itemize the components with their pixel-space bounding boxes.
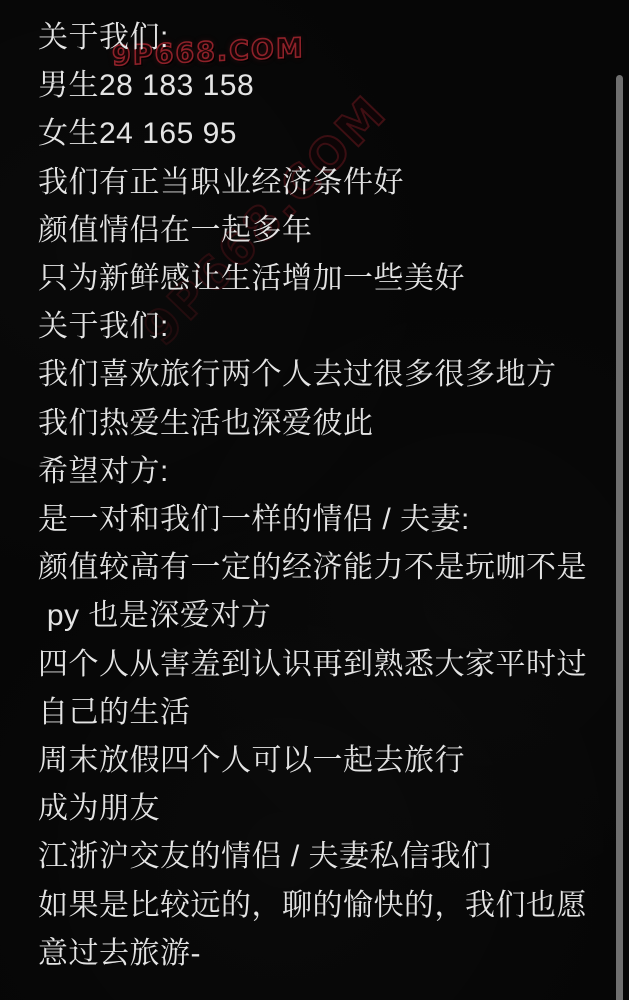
text-line: 颜值情侣在一起多年 [38, 207, 610, 255]
text-line: 关于我们: [38, 14, 610, 62]
text-line: 四个人从害羞到认识再到熟悉大家平时过 [38, 641, 610, 689]
post-text: 关于我们: 男生28 183 158 女生24 165 95 我们有正当职业经济… [0, 0, 610, 978]
text-line: 只为新鲜感让生活增加一些美好 [38, 255, 610, 303]
text-line: 关于我们: [38, 303, 610, 351]
text-line: 意过去旅游- [38, 930, 610, 978]
text-line: 我们喜欢旅行两个人去过很多很多地方 [38, 351, 610, 399]
text-line: 希望对方: [38, 448, 610, 496]
text-line: 是一对和我们一样的情侣 / 夫妻: [38, 496, 610, 544]
text-line: py 也是深爱对方 [38, 592, 610, 640]
text-line: 周末放假四个人可以一起去旅行 [38, 737, 610, 785]
text-line: 成为朋友 [38, 785, 610, 833]
text-line: 如果是比较远的，聊的愉快的，我们也愿 [38, 882, 610, 930]
text-line: 我们有正当职业经济条件好 [38, 159, 610, 207]
text-line: 江浙沪交友的情侣 / 夫妻私信我们 [38, 833, 610, 881]
text-line: 颜值较高有一定的经济能力不是玩咖不是 [38, 544, 610, 592]
screenshot-root: 9P668.COM 9P668.COM 关于我们: 男生28 183 158 女… [0, 0, 629, 1000]
scrollbar-thumb[interactable] [616, 75, 623, 1000]
text-line: 男生28 183 158 [38, 62, 610, 110]
text-line: 我们热爱生活也深爱彼此 [38, 400, 610, 448]
text-line: 自己的生活 [38, 689, 610, 737]
text-line: 女生24 165 95 [38, 110, 610, 158]
